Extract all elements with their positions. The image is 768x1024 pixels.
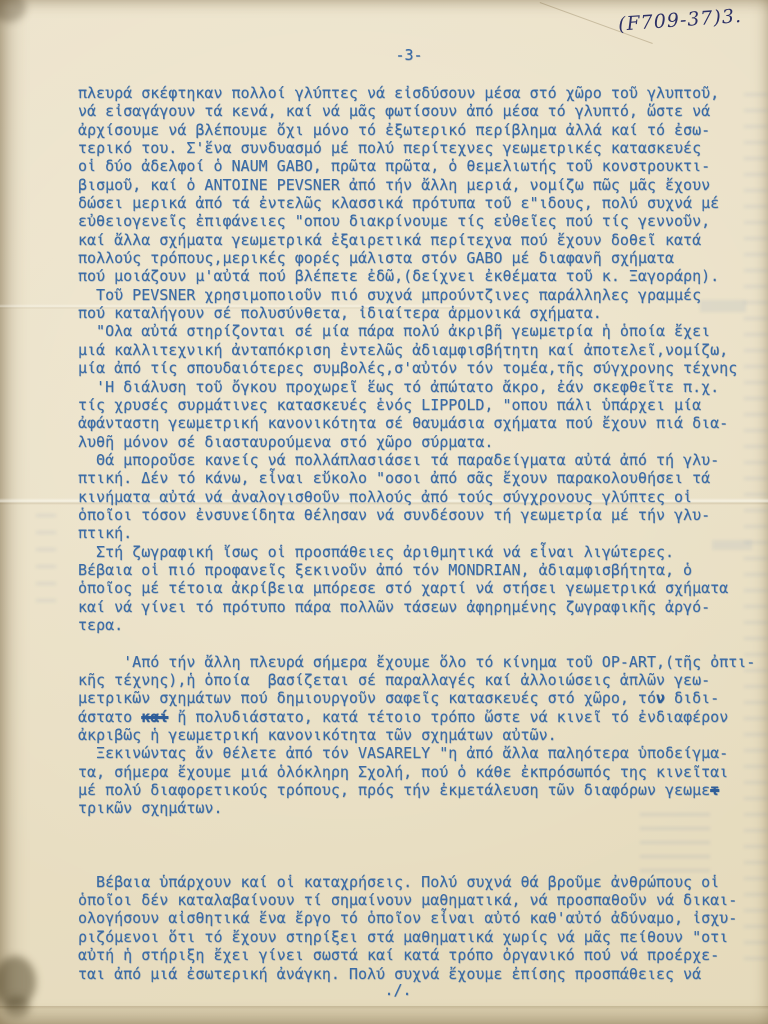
text-line: ἀρχίσουμε νά βλέπουμε ὄχι μόνο τό ἐξωτερ… bbox=[78, 121, 754, 139]
paper-stain bbox=[0, 0, 26, 22]
text-line bbox=[78, 634, 754, 652]
text-line bbox=[78, 854, 754, 872]
text-line: βισμοῦ, καί ὁ ANTOINE PEVSNER ἀπό τήν ἄλ… bbox=[78, 176, 754, 194]
text-line: ριζόμενοι ὅτι τό ἔχουν στηρίξει στά μαθη… bbox=[78, 928, 754, 946]
text-line: ὁποῖος μέ τέτοια ἀκρίβεια μπόρεσε στό χα… bbox=[78, 579, 754, 597]
paper-stain bbox=[0, 956, 36, 1008]
paper-bottom-edge bbox=[0, 1006, 768, 1024]
text-line bbox=[78, 818, 754, 836]
text-line: οἱ δύο ἀδελφοί ὁ NAUM GABO, πρῶτα πρῶτα,… bbox=[78, 157, 754, 175]
page-number: -3- bbox=[78, 46, 740, 64]
text-line: κινήματα αὐτά νά ἀναλογισθοῦν πολλούς ἀπ… bbox=[78, 488, 754, 506]
text-line: άστατο καί ἤ πολυδιάστατο, κατά τέτοιο τ… bbox=[78, 708, 754, 726]
handwritten-reference: (F709-37)3. bbox=[617, 2, 768, 35]
text-line: καί ἄλλα σχήματα γεωμετρικά ἐξαιρετικά π… bbox=[78, 231, 754, 249]
text-line: δώσει μερικά ἀπό τά ἐντελῶς κλασσικά πρό… bbox=[78, 194, 754, 212]
text-line: νά εἰσαγάγουν τά κενά, καί νά μᾶς φωτίσο… bbox=[78, 102, 754, 120]
overstruck-text: ν bbox=[656, 689, 665, 707]
text-line: λυθῆ μόνον σέ διασταυρούμενα στό χῶρο σύ… bbox=[78, 433, 754, 451]
text-line: μετρικῶν σχημάτων πού δημιουργοῦν σαφεῖς… bbox=[78, 689, 754, 707]
text-line: πολλούς τρόπους,μερικές φορές μάλιστα στ… bbox=[78, 249, 754, 267]
text-line: τα, σήμερα ἔχουμε μιά ὁλόκληρη Σχολή, πο… bbox=[78, 763, 754, 781]
text-line: πού καταλήγουν σέ πολυσύνθετα, ἰδιαίτερα… bbox=[78, 304, 754, 322]
text-line: Θά μποροῦσε κανείς νά πολλάπλασιάσει τά … bbox=[78, 451, 754, 469]
text-line: ὁποῖοι δέν καταλαβαίνουν τί σημαίνουν μα… bbox=[78, 891, 754, 909]
text-line: πού μοιάζουν μ'αὐτά πού βλέπετε ἐδῶ,(δεί… bbox=[78, 267, 754, 285]
text-line bbox=[78, 836, 754, 854]
text-line: "Ολα αὐτά στηρίζονται σέ μία πάρα πολύ ἀ… bbox=[78, 322, 754, 340]
text-line: τερικό του. Σ'ἕνα συνδυασμό μέ πολύ περί… bbox=[78, 139, 754, 157]
text-line: μέ πολύ διαφορετικούς τρόπους, πρός τήν … bbox=[78, 781, 754, 799]
bleed-through-ghost-text bbox=[36, 500, 56, 610]
document-body: πλευρά σκέφτηκαν πολλοί γλύπτες νά εἰσδύ… bbox=[78, 84, 754, 983]
text-line: κῆς τέχνης),ἡ ὁποία βασίζεται σέ παραλλα… bbox=[78, 671, 754, 689]
continuation-mark: ./. bbox=[78, 981, 718, 999]
text-line: τρικῶν σχημάτων. bbox=[78, 799, 754, 817]
document-page: (F709-37)3. -3- πλευρά σκέφτηκαν πολλοί … bbox=[0, 0, 768, 1024]
text-line: μία ἀπό τίς σπουδαιότερες συμβολές,σ'αὐτ… bbox=[78, 359, 754, 377]
text-line: ἀφάνταστη γεωμετρική κανονικότητα σέ θαυ… bbox=[78, 414, 754, 432]
text-line: μιά καλλιτεχνική ἀνταπόκριση ἐντελῶς ἀδι… bbox=[78, 341, 754, 359]
text-line: 'Η διάλυση τοῦ ὄγκου προχωρεῖ ἕως τό ἀπώ… bbox=[78, 378, 754, 396]
text-line: Ξεκινώντας ἄν θέλετε ἀπό τόν VASARELY "η… bbox=[78, 744, 754, 762]
text-line: ἀκριβῶς ἡ γεωμετρική κανονικότητα τῶν σχ… bbox=[78, 726, 754, 744]
text-line: καί νά γίνει τό πρότυπο πάρα πολλῶν τάσε… bbox=[78, 598, 754, 616]
text-line: τερα. bbox=[78, 616, 754, 634]
text-line: 'Από τήν ἄλλη πλευρά σήμερα ἔχουμε ὅλο τ… bbox=[78, 653, 754, 671]
text-line: ολογήσουν αἰσθητικά ἕνα ἔργο τό ὁποῖον ε… bbox=[78, 909, 754, 927]
text-line: πλευρά σκέφτηκαν πολλοί γλύπτες νά εἰσδύ… bbox=[78, 84, 754, 102]
overstruck-text: καί bbox=[141, 708, 168, 726]
text-line: Τοῦ PEVSNER χρησιμοποιοῦν πιό συχνά μπρο… bbox=[78, 286, 754, 304]
text-line: τίς χρυσές συρμάτινες κατασκευές ἑνός LI… bbox=[78, 396, 754, 414]
overstruck-text: τ bbox=[710, 781, 719, 799]
text-line: αὐτή ἡ στήριξη ἔχει γίνει σωστά καί κατά… bbox=[78, 946, 754, 964]
text-line: εὐθειογενεῖς ἐπιφάνειες "οπου διακρίνουμ… bbox=[78, 212, 754, 230]
text-line: πτική. bbox=[78, 524, 754, 542]
text-line: Βέβαια οἱ πιό προφανεῖς ξεκινοῦν ἀπό τόν… bbox=[78, 561, 754, 579]
text-line: πτική. Δέν τό κάνω, εἶναι εὔκολο "οσοι ἀ… bbox=[78, 469, 754, 487]
text-line: Βέβαια ὑπάρχουν καί οἱ καταχρήσεις. Πολύ… bbox=[78, 873, 754, 891]
text-line: Στή ζωγραφική ἴσως οἱ προσπάθειες ἀριθμη… bbox=[78, 543, 754, 561]
text-line: ὁποῖοι τόσον ἐνσυνείδητα θέλησαν νά συνδ… bbox=[78, 506, 754, 524]
